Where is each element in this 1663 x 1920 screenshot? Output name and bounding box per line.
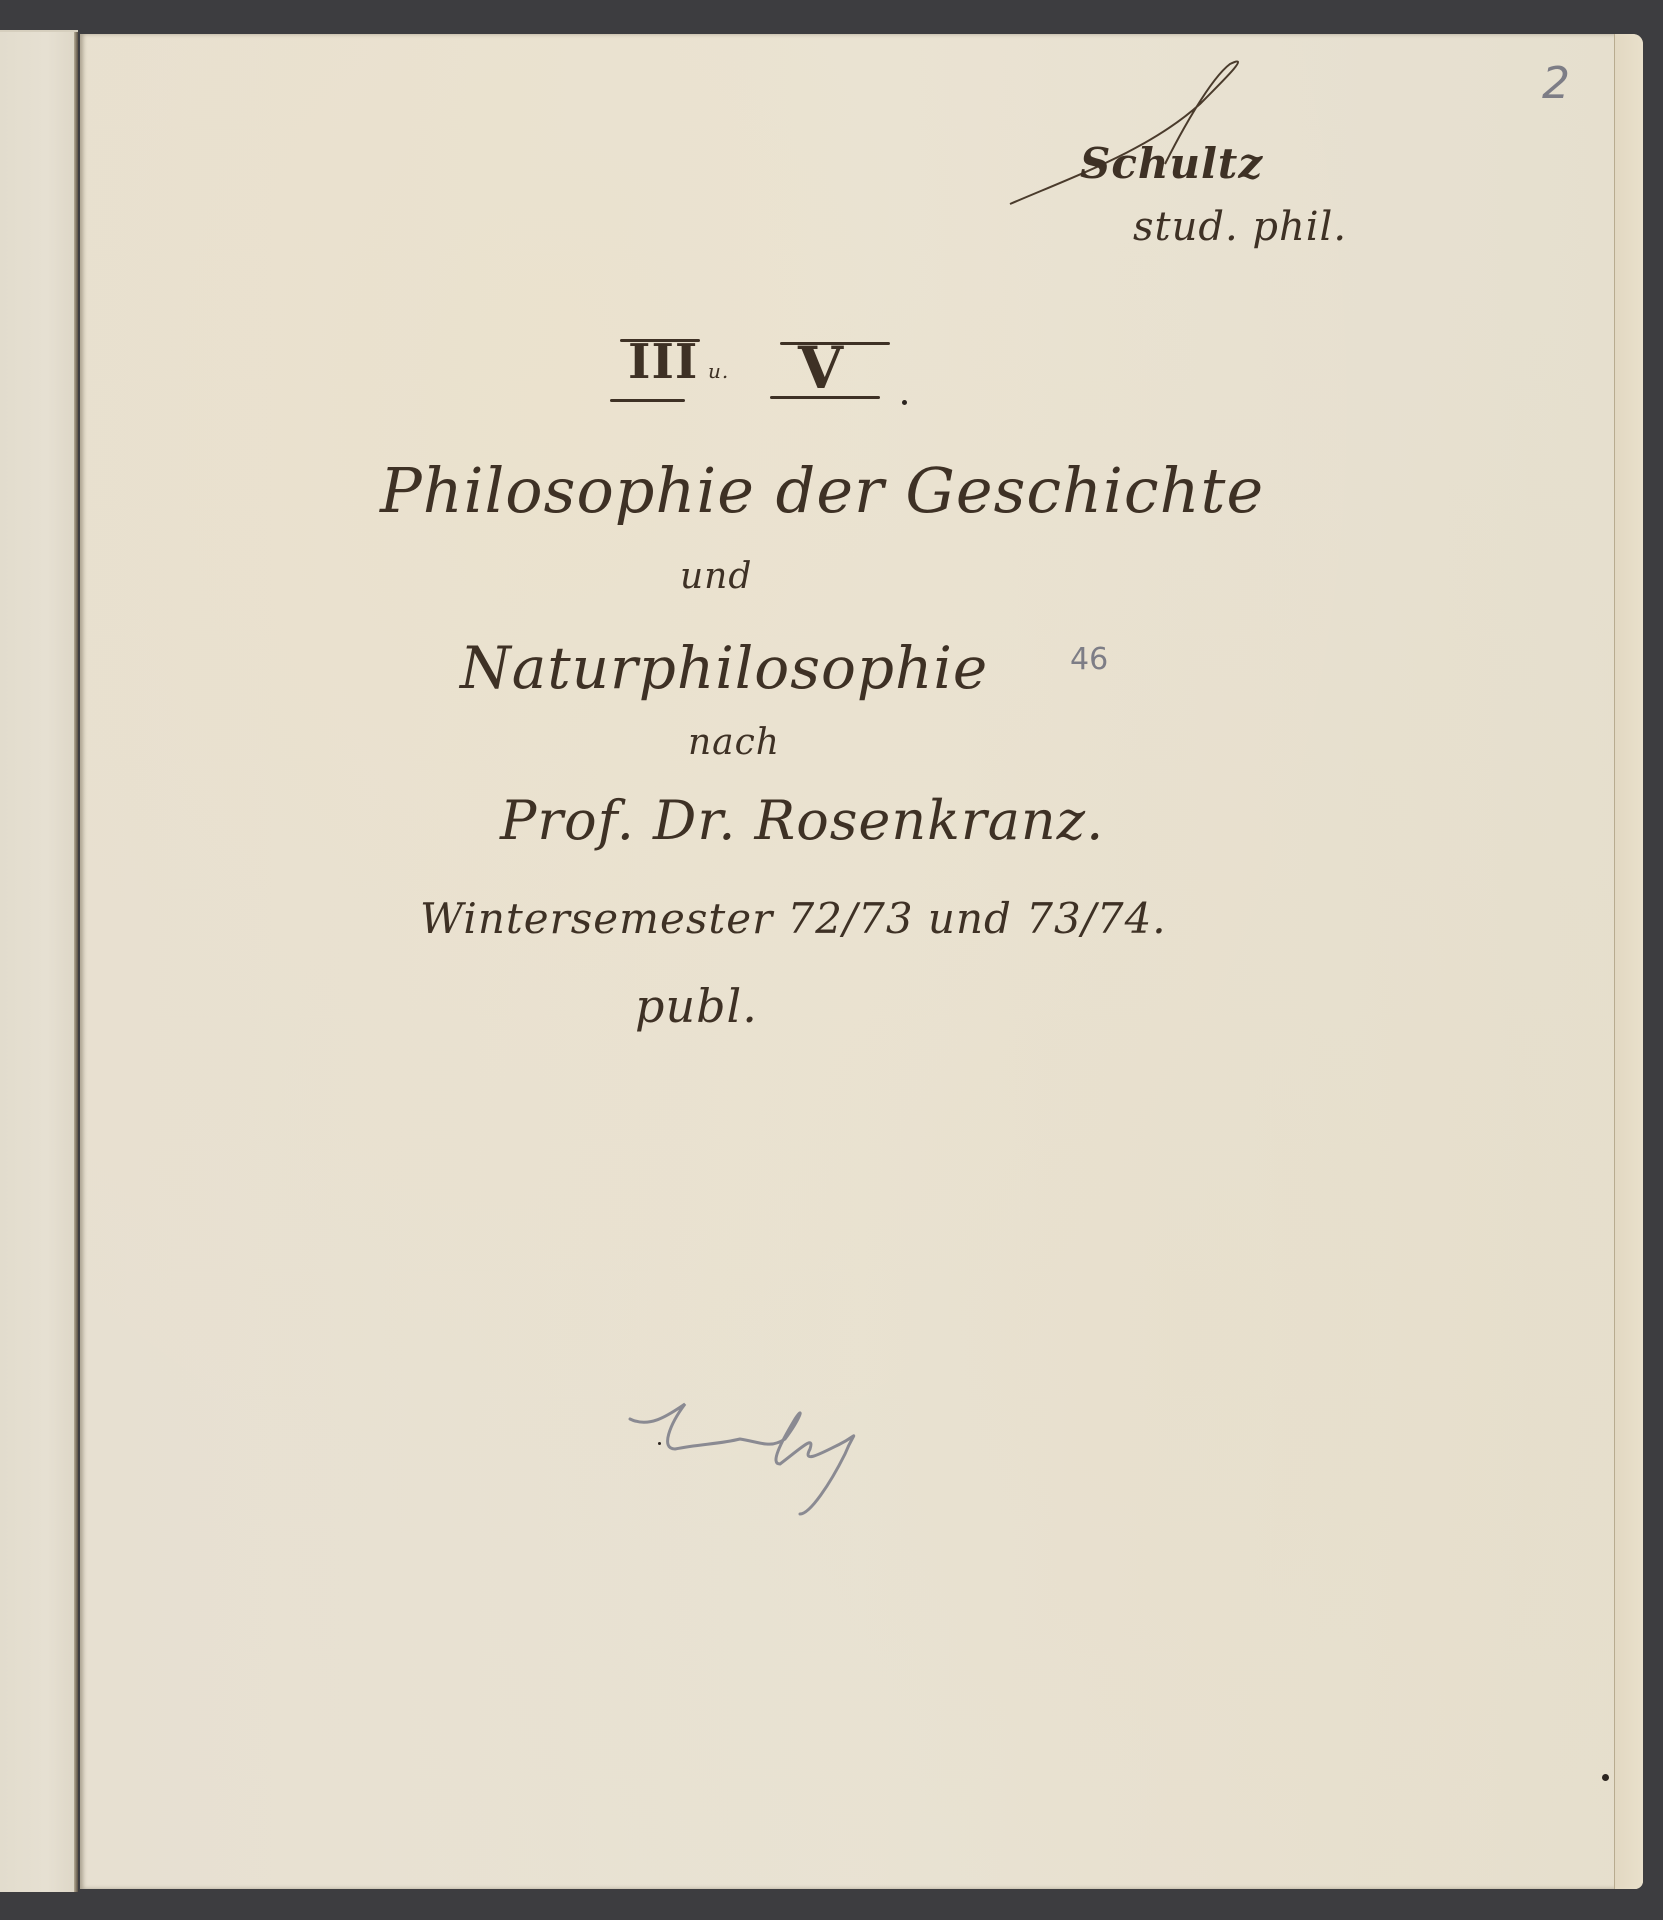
- volume-period: [902, 400, 907, 405]
- previous-leaf-edge: [0, 30, 78, 1892]
- title-line-5: Prof. Dr. Rosenkranz.: [500, 789, 1104, 852]
- paper-speck: [658, 1442, 661, 1445]
- manuscript-page: 2 Schultz stud. phil. III u. V Philosoph…: [80, 34, 1643, 1889]
- owner-title: stud. phil.: [1133, 204, 1347, 250]
- title-line-3: Naturphilosophie: [460, 634, 988, 702]
- title-line-1: Philosophie der Geschichte: [380, 454, 1264, 527]
- title-line-4: nach: [688, 722, 780, 763]
- volume-underline-a: [610, 399, 685, 402]
- pencil-margin-number: 46: [1070, 642, 1108, 677]
- owner-name: Schultz: [1080, 139, 1263, 188]
- page-number: 2: [1542, 58, 1570, 109]
- volume-part-a: III: [628, 334, 698, 390]
- semester-line: Wintersemester 72/73 und 73/74.: [420, 894, 1167, 943]
- pencil-scribble: [630, 1404, 930, 1544]
- title-line-2: und: [680, 556, 752, 597]
- lecture-type: publ.: [635, 979, 758, 1033]
- volume-connector: u.: [708, 359, 729, 383]
- gutter-fold: [74, 32, 78, 1892]
- volume-underline-b: [770, 396, 880, 399]
- scan-frame: 2 Schultz stud. phil. III u. V Philosoph…: [0, 0, 1663, 1920]
- page-edge-band: [1614, 34, 1643, 1889]
- paper-speck: [1602, 1774, 1609, 1781]
- volume-part-b: V: [798, 334, 844, 402]
